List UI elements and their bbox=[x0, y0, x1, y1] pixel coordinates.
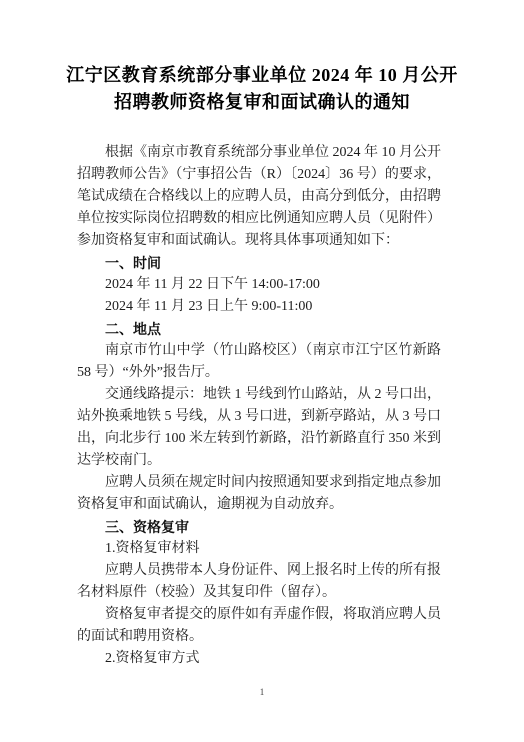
document-body: 根据《南京市教育系统部分事业单位 2024 年 10 月公开招聘教师公告》（宁事… bbox=[77, 142, 441, 670]
paragraph: 南京市竹山中学（竹山路校区）（南京市江宁区竹新路 58 号）“外外”报告厅。 bbox=[77, 340, 441, 384]
document-title: 江宁区教育系统部分事业单位 2024 年 10 月公开 招聘教师资格复审和面试确… bbox=[38, 62, 486, 116]
paragraph: 交通线路提示：地铁 1 号线到竹山路站，从 2 号口出，站外换乘地铁 5 号线，… bbox=[77, 384, 441, 472]
page-number: 1 bbox=[0, 687, 524, 697]
document-title-line-2: 招聘教师资格复审和面试确认的通知 bbox=[38, 89, 486, 116]
paragraph: 2.资格复审方式 bbox=[77, 648, 441, 670]
paragraph: 应聘人员须在规定时间内按照通知要求到指定地点参加资格复审和面试确认，逾期视为自动… bbox=[77, 472, 441, 516]
section-heading: 三、资格复审 bbox=[77, 516, 441, 538]
section-heading: 二、地点 bbox=[77, 318, 441, 340]
document-title-line-1: 江宁区教育系统部分事业单位 2024 年 10 月公开 bbox=[38, 62, 486, 89]
paragraph: 根据《南京市教育系统部分事业单位 2024 年 10 月公开招聘教师公告》（宁事… bbox=[77, 142, 441, 252]
paragraph: 应聘人员携带本人身份证件、网上报名时上传的所有报名材料原件（校验）及其复印件（留… bbox=[77, 560, 441, 604]
paragraph: 2024 年 11 月 23 日上午 9:00-11:00 bbox=[77, 296, 441, 318]
paragraph: 资格复审者提交的原件如有弄虚作假，将取消应聘人员的面试和聘用资格。 bbox=[77, 604, 441, 648]
paragraph: 1.资格复审材料 bbox=[77, 538, 441, 560]
document-page: 江宁区教育系统部分事业单位 2024 年 10 月公开 招聘教师资格复审和面试确… bbox=[0, 0, 524, 742]
paragraph: 2024 年 11 月 22 日下午 14:00-17:00 bbox=[77, 274, 441, 296]
section-heading: 一、时间 bbox=[77, 252, 441, 274]
